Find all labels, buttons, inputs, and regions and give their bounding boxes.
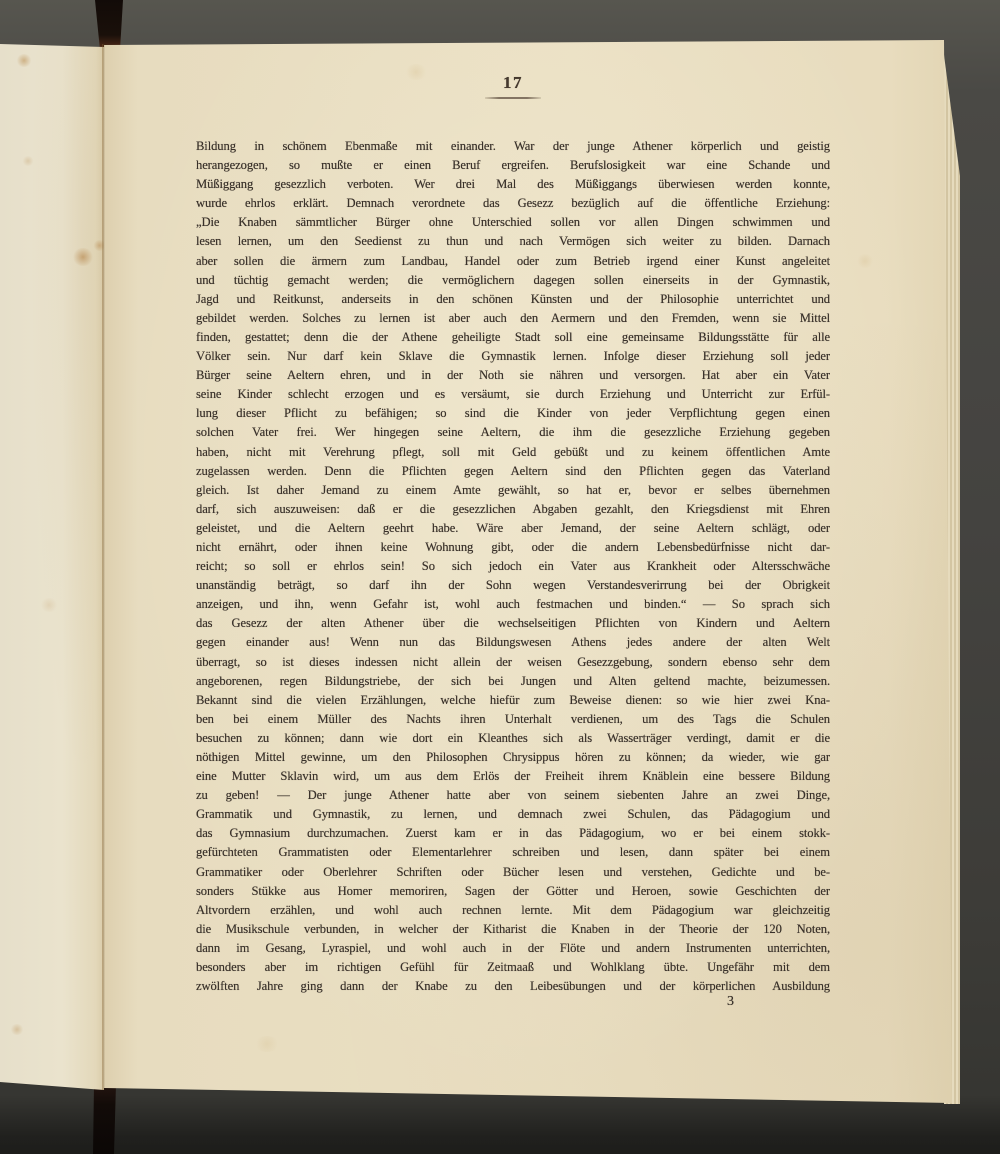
foxing-spot	[40, 598, 58, 612]
text-line: angeborenen, regen Bildungstriebe, der s…	[196, 672, 830, 691]
text-line: und tüchtig gemacht werden; die vermögli…	[196, 271, 830, 290]
text-line: Bürger seine Aeltern ehren, und in der N…	[196, 366, 830, 385]
foxing-spot	[10, 1024, 24, 1035]
text-line: sonders Stükke aus Homer memoriren, Sage…	[196, 882, 830, 901]
foxing-spot	[16, 54, 32, 67]
text-line: anzeigen, und ihn, wenn Gefahr ist, wohl…	[196, 595, 830, 614]
text-line: gegen einander aus! Wenn nun das Bildung…	[196, 633, 830, 652]
text-line: gleich. Ist daher Jemand zu einem Amte g…	[196, 481, 830, 500]
scanned-book-photo: 17 Bildung in schönem Ebenmaße mit einan…	[0, 0, 1000, 1154]
text-line: solchen Vater frei. Wer hingegen seine A…	[196, 423, 830, 442]
text-line: überragt, so ist dieses indessen nicht a…	[196, 653, 830, 672]
text-line: wurde ehrlos erklärt. Demnach verordnete…	[196, 194, 830, 213]
page-header: 17	[196, 73, 830, 99]
text-line: nicht ernährt, oder ihnen keine Wohnung …	[196, 538, 830, 557]
book-page: 17 Bildung in schönem Ebenmaße mit einan…	[104, 36, 956, 1108]
text-line: das Gesezz der alten Athener über die we…	[196, 614, 830, 633]
page-number: 17	[196, 73, 830, 93]
text-line: seine Kinder schlecht erzogen und es ver…	[196, 385, 830, 404]
bookmark-ribbon-bottom	[93, 1084, 117, 1154]
gutter-crease	[102, 44, 105, 1090]
text-line: unanständig beträgt, so darf ihn der Soh…	[196, 576, 830, 595]
foxing-spot	[856, 254, 874, 268]
foxing-spot	[72, 248, 94, 266]
text-line: dann im Gesang, Lyraspiel, und wohl auch…	[196, 939, 830, 958]
text-line: darf, sich auszuweisen: daß er die gesez…	[196, 500, 830, 519]
text-line: nöthigen Mittel gewinne, um den Philosop…	[196, 748, 830, 767]
text-line: reicht; so soll er ehrlos sein! So sich …	[196, 557, 830, 576]
text-line: Jagd und Reitkunst, anderseits in den sc…	[196, 290, 830, 309]
text-line: lung dieser Pflicht zu befähigen; so sin…	[196, 404, 830, 423]
text-line: gebildet werden. Solches zu lernen ist a…	[196, 309, 830, 328]
header-rule	[485, 97, 541, 99]
text-line: Bekannt sind die vielen Erzählungen, wel…	[196, 691, 830, 710]
text-line: Altvordern erzählen, und wohl auch rechn…	[196, 901, 830, 920]
text-line: „Die Knaben sämmtlicher Bürger ohne Unte…	[196, 213, 830, 232]
bookmark-ribbon-top	[93, 0, 125, 50]
text-line: Völker sein. Nur darf kein Sklave die Gy…	[196, 347, 830, 366]
text-line: Grammatik und Gymnastik, zu lernen, und …	[196, 805, 830, 824]
foxing-spot	[254, 1036, 280, 1052]
text-line: eine Mutter Sklavin wird, um aus dem Erl…	[196, 767, 830, 786]
text-line: Grammatiker oder Oberlehrer Schriften od…	[196, 863, 830, 882]
table-shadow	[0, 1095, 1000, 1154]
text-line: ben bei einem Müller des Nachts ihren Un…	[196, 710, 830, 729]
text-line: besonders aber im richtigen Gefühl für Z…	[196, 958, 830, 977]
text-line: Bildung in schönem Ebenmaße mit einander…	[196, 137, 830, 156]
text-line: gefürchteten Grammatisten oder Elementar…	[196, 843, 830, 862]
text-line: lesen lernen, um den Seedienst zu thun u…	[196, 232, 830, 251]
text-line: die Musikschule verbunden, in welcher de…	[196, 920, 830, 939]
signature-mark: 3	[727, 994, 734, 1010]
text-line: zwölften Jahre ging dann der Knabe zu de…	[196, 977, 830, 996]
text-line: geleistet, und die Aeltern geehrt habe. …	[196, 519, 830, 538]
text-line: haben, nicht mit Verehrung pflegt, soll …	[196, 443, 830, 462]
text-line: Müßiggang gesezzlich verboten. Wer drei …	[196, 175, 830, 194]
text-line: zu geben! — Der junge Athener hatte aber…	[196, 786, 830, 805]
left-page-edge	[0, 38, 104, 1090]
text-line: besuchen zu können; dann wie dort ein Kl…	[196, 729, 830, 748]
text-block: Bildung in schönem Ebenmaße mit einander…	[196, 137, 830, 996]
text-line: herangezogen, so mußte er einen Beruf er…	[196, 156, 830, 175]
text-line: das Gymnasium durchzumachen. Zuerst kam …	[196, 824, 830, 843]
text-line: zugelassen werden. Denn die Pflichten ge…	[196, 462, 830, 481]
text-line: finden, gestattet; denn die der Athene g…	[196, 328, 830, 347]
foxing-spot	[22, 156, 34, 166]
text-line: aber sollen die ärmern zum Landbau, Hand…	[196, 252, 830, 271]
